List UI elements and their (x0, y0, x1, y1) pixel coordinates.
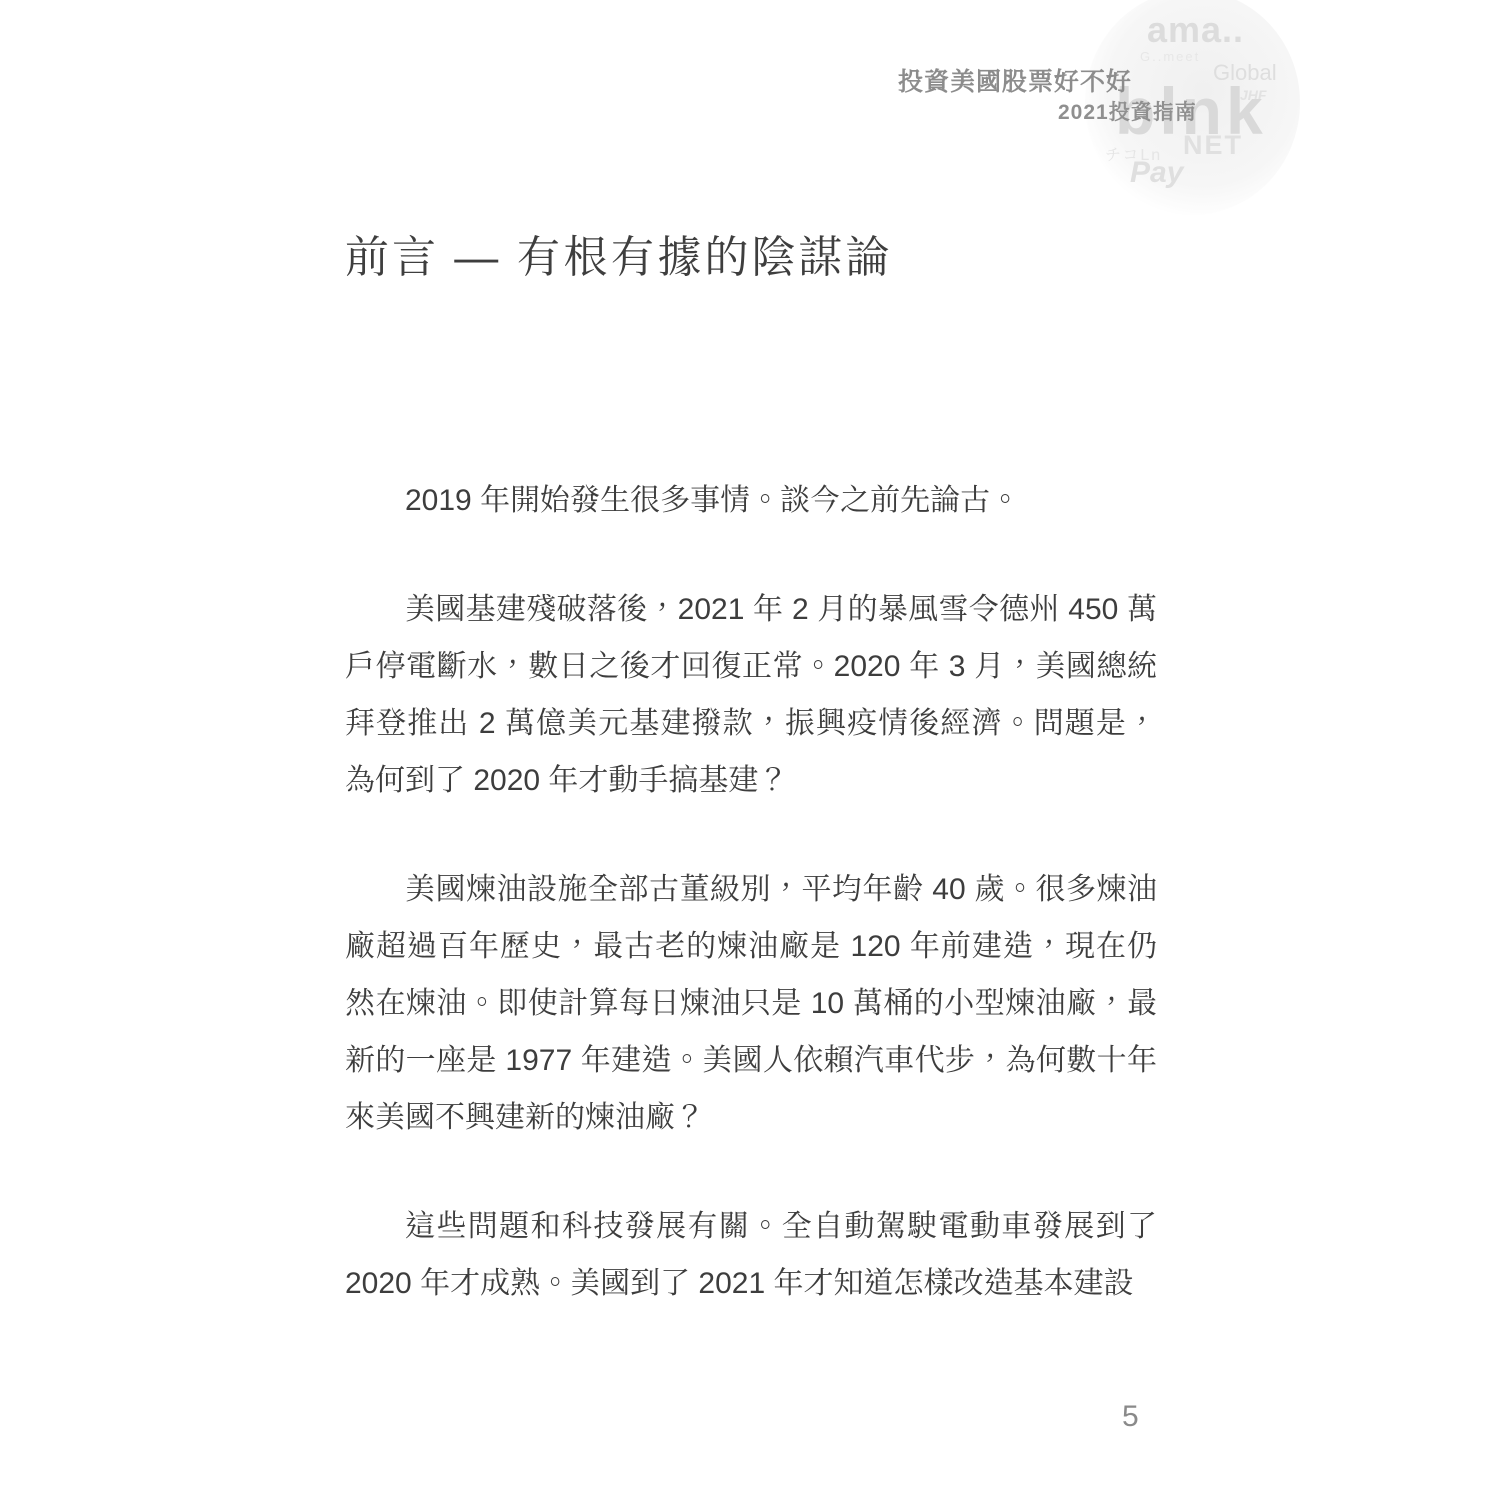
running-head-book-title: 投資美國股票好不好 (898, 62, 1132, 98)
running-head-subtitle: 2021投資指南 (1058, 96, 1197, 126)
page-number: 5 (1122, 1400, 1139, 1434)
watermark-word-paypal: Pay (1130, 158, 1183, 188)
paragraph-4: 這些問題和科技發展有關。全自動駕駛電動車發展到了 2020 年才成熟。美國到了 … (345, 1198, 1157, 1312)
watermark-word-katakana: チコLn (1105, 148, 1162, 164)
paragraph-1: 2019 年開始發生很多事情。談今之前先論古。 (345, 472, 1157, 529)
chapter-title: 前言 — 有根有據的陰謀論 (345, 221, 892, 285)
watermark-word-net: NET (1183, 132, 1243, 159)
watermark-word-global: Global (1213, 62, 1277, 84)
book-page: ama.. G..meet Global JHF blnk NET チコLn P… (0, 0, 1500, 1500)
body-text: 2019 年開始發生很多事情。談今之前先論古。 美國基建殘破落後，2021 年 … (345, 472, 1157, 1364)
watermark-word-amazon: ama.. (1147, 12, 1244, 48)
watermark-word-meet: G..meet (1140, 50, 1200, 63)
paragraph-3: 美國煉油設施全部古董級別，平均年齡 40 歲。很多煉油廠超過百年歷史，最古老的煉… (345, 861, 1157, 1146)
watermark-word-jhf: JHF (1240, 88, 1266, 102)
paragraph-2: 美國基建殘破落後，2021 年 2 月的暴風雪令德州 450 萬戶停電斷水，數日… (345, 581, 1157, 809)
